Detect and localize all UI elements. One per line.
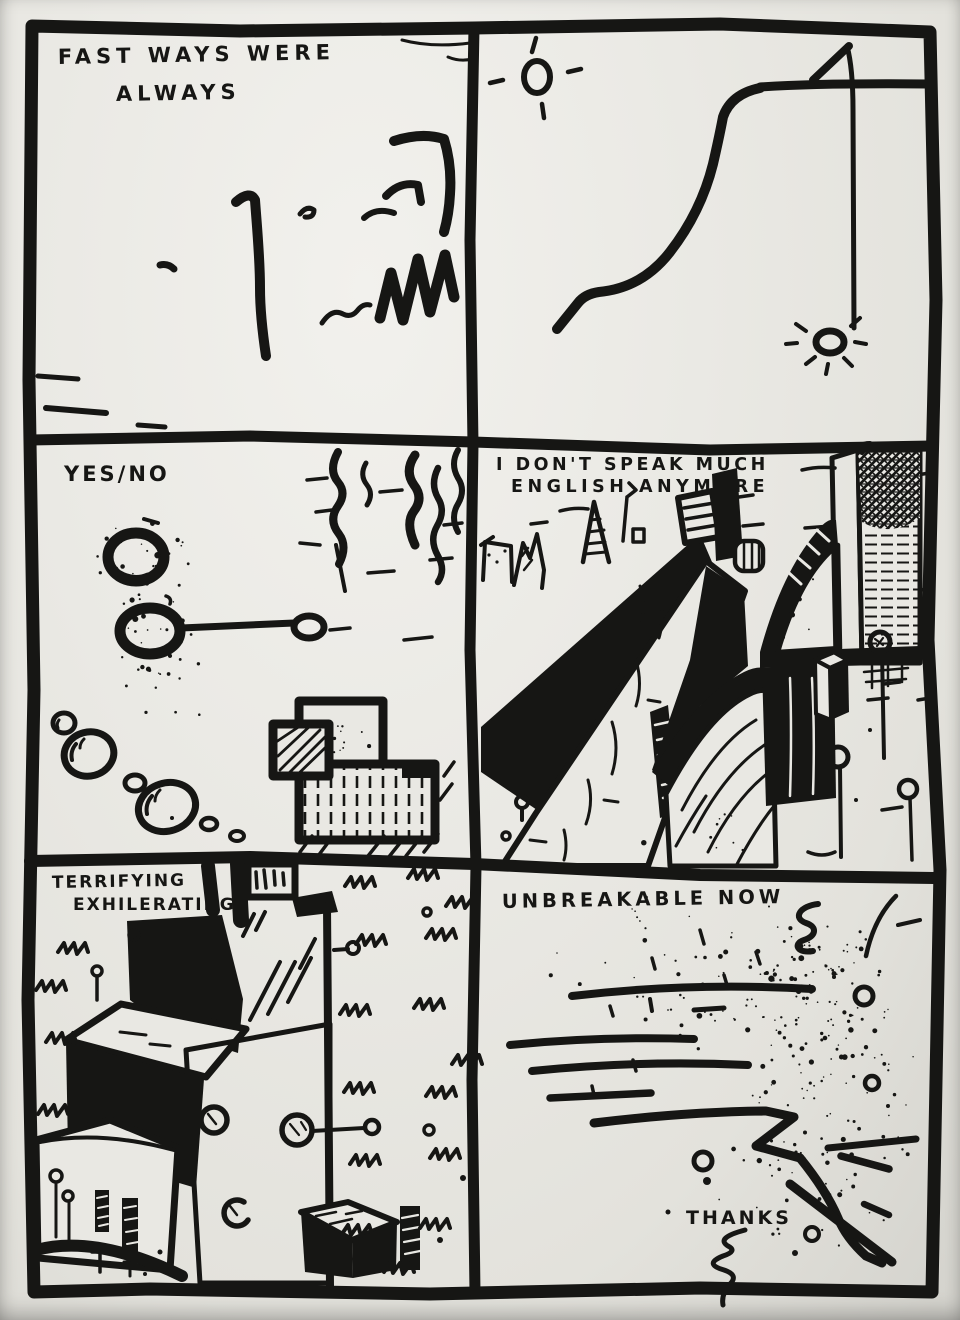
- swoosh-ramp-stroke: [557, 88, 760, 329]
- nested-boxes-group: [273, 701, 454, 858]
- donut-pair-group: [96, 519, 324, 716]
- block-cube-group: [815, 652, 849, 720]
- panel-splatter: UNBREAKABLE NOW THANKS: [502, 885, 920, 1305]
- divider-row1: [30, 436, 932, 450]
- donut-arm: [181, 623, 294, 628]
- ink-spray: [125, 658, 201, 716]
- panel-wall-city: I DON'T SPEAK MUCH ENGLISH ANYMORE: [481, 444, 930, 866]
- caption-thanks: THANKS: [686, 1207, 792, 1229]
- bubble-cluster-group: [53, 713, 244, 841]
- pendulum-group: [786, 46, 866, 374]
- splatter-cloud: [752, 926, 914, 1201]
- panel-pendulum: [490, 38, 928, 374]
- caption-terrifying: TERRIFYING: [52, 871, 186, 893]
- donut-arm-end: [294, 616, 324, 638]
- squiggle-curtain-group: [300, 450, 462, 640]
- panel-blocks: TERRIFYING EXHILERATING: [36, 864, 482, 1286]
- circuit-box-group: [36, 1120, 182, 1276]
- donut-2: [120, 608, 180, 654]
- panel-yes-no: YES/NO: [53, 450, 462, 858]
- divider-vertical: [470, 28, 476, 1292]
- panel-fast-ways: FAST WAYS WERE ALWAYS: [38, 40, 472, 427]
- brush-marks-group: [38, 40, 472, 427]
- caption-fast-ways-line1: FAST WAYS WERE: [58, 40, 335, 69]
- comic-page: FAST WAYS WERE ALWAYS: [0, 0, 960, 1320]
- caption-yes-no: YES/NO: [63, 462, 170, 486]
- comic-art-canvas: FAST WAYS WERE ALWAYS: [0, 0, 960, 1320]
- top-rail-stroke: [760, 84, 928, 87]
- caption-unbreakable: UNBREAKABLE NOW: [502, 885, 785, 913]
- right-ramp-group: [760, 520, 840, 652]
- sun-icon: [490, 38, 581, 118]
- caption-fast-ways-line2: ALWAYS: [116, 80, 241, 106]
- pendulum-ball: [816, 331, 844, 353]
- tower-group: [832, 444, 920, 663]
- skyline-group: [481, 483, 644, 588]
